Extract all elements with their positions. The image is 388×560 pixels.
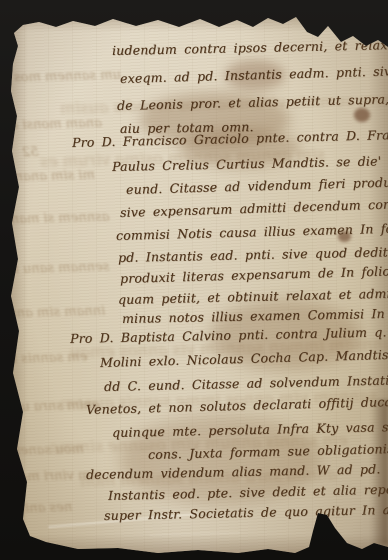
fox-spot (354, 108, 370, 122)
bleedthrough-scribble: asnnem si manis (0, 211, 110, 227)
bleedthrough-folio-number: 52 (22, 146, 39, 159)
handwritten-line: super Instr. Societatis de quo agitur In… (104, 502, 388, 523)
handwritten-line: minus notos illius examen Commisi In for… (122, 305, 388, 326)
handwritten-line: iudendum contra ipsos decerni, et relaxa… (112, 36, 388, 57)
photo-background: um sannem mos anam monsi au 52 mi sim an… (0, 0, 388, 560)
bleedthrough-scribble: sennam sanu mim (0, 260, 110, 276)
bleedthrough-scribble: nes anim mu (0, 501, 72, 516)
manuscript-page: um sannem mos anam monsi au 52 mi sim an… (0, 0, 388, 560)
handwritten-line: sive expensarum admitti decendum contra,… (120, 196, 388, 220)
handwritten-line: eund. Citasse ad videndum fieri producti… (126, 174, 388, 197)
bleedthrough-scribble: innam sim anros (0, 305, 105, 321)
bleedthrough-scribble: mi sim ananum (0, 169, 95, 185)
handwritten-line: quam petiit, et obtinuit relaxat et admi… (118, 285, 388, 307)
handwritten-line: exeqm. ad pd. Instantis eadm. pnti. sive… (120, 61, 388, 86)
paper-crease (150, 531, 240, 536)
bleedthrough-scribble: anam monsi au (2, 117, 102, 133)
bleedthrough-scribble: um sannem mos (14, 69, 121, 85)
handwritten-line: commisi Notis causa illius examen In for… (116, 220, 388, 242)
handwritten-line: produxit literas expensarum de In folio … (120, 262, 388, 285)
handwritten-line: pd. Instantis ead. pnti. sive quod dedit… (118, 243, 388, 264)
